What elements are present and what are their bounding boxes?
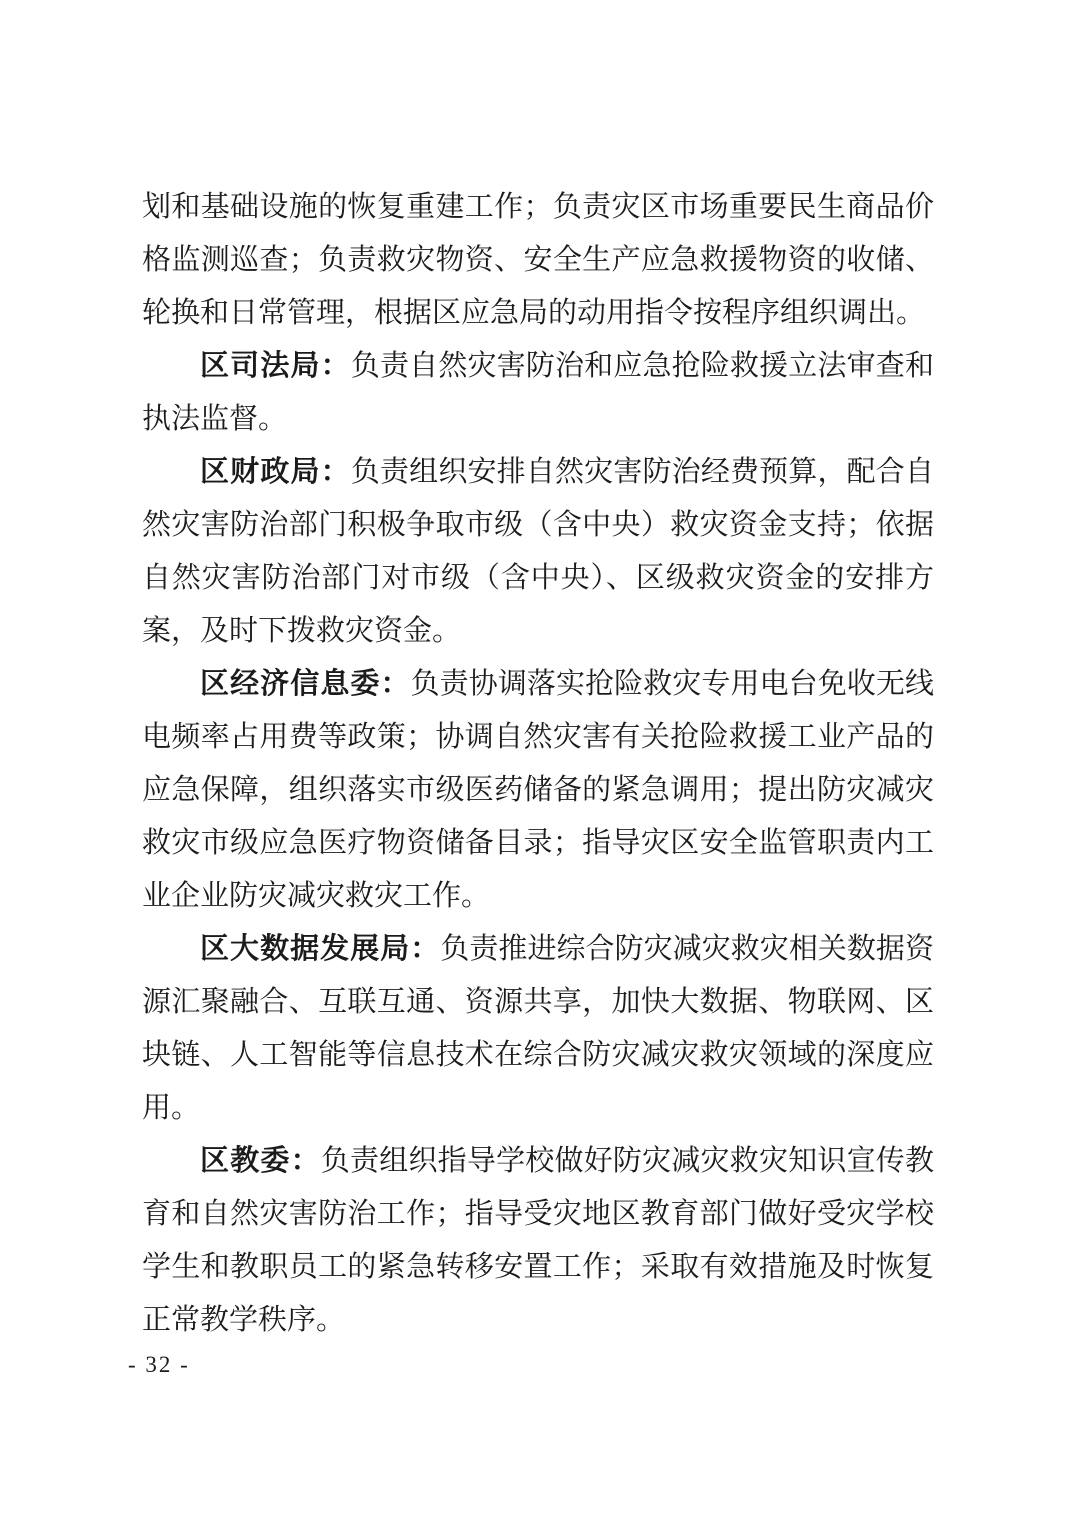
paragraph-text: 负责协调落实抢险救灾专用电台免收无线电频率占用费等政策；协调自然灾害有关抢险救援… <box>142 668 934 912</box>
document-body: 划和基础设施的恢复重建工作；负责灾区市场重要民生商品价格监测巡查；负责救灾物资、… <box>142 181 934 1347</box>
bureau-name: 区大数据发展局： <box>200 933 440 965</box>
paragraph-justice-bureau: 区司法局：负责自然灾害防治和应急抢险救援立法审查和执法监督。 <box>142 340 934 446</box>
paragraph-economy-information-committee: 区经济信息委：负责协调落实抢险救灾专用电台免收无线电频率占用费等政策；协调自然灾… <box>142 658 934 923</box>
paragraph-education-committee: 区教委：负责组织指导学校做好防灾减灾救灾知识宣传教育和自然灾害防治工作；指导受灾… <box>142 1135 934 1347</box>
paragraph-text: 划和基础设施的恢复重建工作；负责灾区市场重要民生商品价格监测巡查；负责救灾物资、… <box>142 191 934 329</box>
bureau-name: 区教委： <box>200 1145 321 1177</box>
bureau-name: 区经济信息委： <box>200 668 411 700</box>
page-number: - 32 - <box>128 1349 190 1381</box>
document-page: 划和基础设施的恢复重建工作；负责灾区市场重要民生商品价格监测巡查；负责救灾物资、… <box>0 0 1074 1520</box>
bureau-name: 区司法局： <box>200 350 351 382</box>
paragraph-finance-bureau: 区财政局：负责组织安排自然灾害防治经费预算，配合自然灾害防治部门积极争取市级（含… <box>142 446 934 658</box>
bureau-name: 区财政局： <box>200 456 351 488</box>
paragraph-continuation: 划和基础设施的恢复重建工作；负责灾区市场重要民生商品价格监测巡查；负责救灾物资、… <box>142 181 934 340</box>
paragraph-big-data-development-bureau: 区大数据发展局：负责推进综合防灾减灾救灾相关数据资源汇聚融合、互联互通、资源共享… <box>142 923 934 1135</box>
